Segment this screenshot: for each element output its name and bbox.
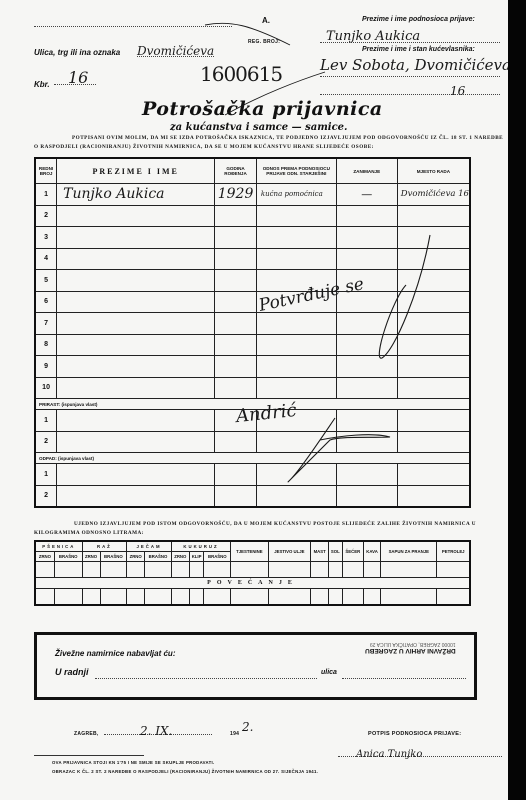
- decrease-row: 2: [35, 485, 470, 507]
- relation-cell[interactable]: [256, 205, 336, 227]
- form-title: Potrošačka prijavnica: [142, 98, 383, 120]
- footer-note-1: Ova prijavnica stoji Kn 1'75 i ne smije …: [52, 760, 215, 765]
- col-header-name: PREZIME I IME: [57, 158, 215, 184]
- supply-cell[interactable]: [329, 562, 342, 578]
- row-number: 3: [35, 227, 57, 249]
- sub-flour: BRAŠNO: [145, 552, 172, 562]
- workplace-cell[interactable]: [397, 248, 470, 270]
- birth-year-cell[interactable]: [215, 248, 257, 270]
- archive-stamp: DRŽAVNI ARHIV U ZAGREBU 10000 ZAGREB, OP…: [365, 641, 456, 654]
- sub-grain: ZRNO: [35, 552, 54, 562]
- birth-year-cell[interactable]: [215, 485, 257, 507]
- person-name-cell[interactable]: [57, 410, 215, 432]
- intro-text: Potpisani ovim molim, da mi se izda potr…: [34, 134, 504, 152]
- person-name-cell[interactable]: [57, 464, 215, 486]
- row-number: 8: [35, 334, 57, 356]
- col-header-relation: ODNOS PREMA PODNOSIOCU PRIJAVE ODN. STAR…: [256, 158, 336, 184]
- birth-year-cell[interactable]: [215, 205, 257, 227]
- occupation-cell[interactable]: [336, 205, 397, 227]
- shop-street-label: ulica: [321, 669, 337, 676]
- row-number: 5: [35, 270, 57, 292]
- street-field[interactable]: Dvomičićeva: [137, 42, 214, 57]
- row-number: 2: [35, 431, 57, 453]
- supply-cell[interactable]: [311, 562, 329, 578]
- group-header-rye: RAŽ: [82, 541, 127, 552]
- table-row: 10: [35, 377, 470, 399]
- supplies-values-row: [35, 562, 470, 578]
- birth-year-cell[interactable]: [215, 227, 257, 249]
- sub-grain: ZRNO: [127, 552, 145, 562]
- supply-cell[interactable]: [342, 562, 364, 578]
- form-letter: A.: [262, 16, 270, 25]
- householder-value-line2: 16: [320, 84, 465, 98]
- birth-year-cell[interactable]: [215, 313, 257, 335]
- decrease-section-header: ODPAD: (ispunjava vlast): [35, 453, 470, 464]
- relation-cell[interactable]: [256, 431, 336, 453]
- occupation-cell[interactable]: [336, 377, 397, 399]
- householder-label: Prezime i ime i stan kućevlasnika:: [362, 46, 475, 53]
- relation-cell[interactable]: [256, 334, 336, 356]
- occupation-cell[interactable]: [336, 464, 397, 486]
- year-prefix: 194: [230, 731, 239, 737]
- col-header-pasta: TJESTENINE: [231, 541, 268, 562]
- relation-cell[interactable]: kućna pomoćnica: [256, 184, 336, 206]
- supply-cell[interactable]: [268, 589, 311, 606]
- workplace-cell[interactable]: [397, 313, 470, 335]
- workplace-cell[interactable]: [397, 410, 470, 432]
- shop-street-field[interactable]: [342, 671, 466, 679]
- supply-cell[interactable]: [127, 589, 145, 606]
- occupation-cell[interactable]: [336, 431, 397, 453]
- applicant-field[interactable]: Tunjko Aukica: [320, 27, 500, 43]
- householder-field[interactable]: Lev Sobota, Dvomičićeva: [320, 56, 500, 77]
- house-number-label: Kbr.: [34, 80, 50, 89]
- occupation-cell[interactable]: [336, 248, 397, 270]
- signature-value: Anica Tunjko: [338, 749, 422, 760]
- signature-field[interactable]: Anica Tunjko: [338, 744, 502, 757]
- row-number: 10: [35, 377, 57, 399]
- workplace-cell[interactable]: Dvomičićeva 16: [397, 184, 470, 206]
- workplace-cell[interactable]: [397, 356, 470, 378]
- supply-cell[interactable]: [82, 562, 100, 578]
- workplace-cell[interactable]: [397, 377, 470, 399]
- supply-cell[interactable]: [204, 562, 231, 578]
- person-name-cell[interactable]: [57, 356, 215, 378]
- supply-cell[interactable]: [268, 562, 311, 578]
- ration-form-page: A. Ulica, trg ili ina oznaka Dvomičićeva…: [0, 0, 508, 800]
- table-row: 8: [35, 334, 470, 356]
- street-label: Ulica, trg ili ina oznaka: [34, 48, 120, 57]
- workplace-cell[interactable]: [397, 270, 470, 292]
- householder-field-line2[interactable]: 16: [320, 82, 500, 95]
- supplies-increase-row: [35, 589, 470, 606]
- col-header-workplace: MJESTO RADA: [397, 158, 470, 184]
- supply-cell[interactable]: [171, 562, 189, 578]
- sub-cob: KLIP: [189, 552, 204, 562]
- col-header-kerosene: PETROLEJ: [437, 541, 470, 562]
- person-name-cell[interactable]: [57, 334, 215, 356]
- date-field[interactable]: 2. IX.: [104, 722, 212, 735]
- supply-cell[interactable]: [381, 589, 437, 606]
- person-name-cell[interactable]: [57, 248, 215, 270]
- supply-cell[interactable]: [342, 589, 364, 606]
- supply-cell[interactable]: [231, 562, 268, 578]
- col-header-soap: SAPUN ZA PRANJE: [381, 541, 437, 562]
- row-number: 1: [35, 464, 57, 486]
- occupation-cell[interactable]: —: [336, 184, 397, 206]
- footer-divider: [34, 755, 144, 756]
- col-header-birth-year: GODINA ROĐENJA: [215, 158, 257, 184]
- top-rule: [34, 26, 232, 27]
- table-row: 1 Tunjko Aukica 1929 kućna pomoćnica — D…: [35, 184, 470, 206]
- supply-cell[interactable]: [82, 589, 100, 606]
- applicant-label: Prezime i ime podnosioca prijave:: [362, 16, 475, 23]
- footer-note-2: Obrazac k čl. 2 st. 2 naredbe o raspodje…: [52, 769, 318, 774]
- sub-flour: BRAŠNO: [54, 552, 82, 562]
- supply-cell[interactable]: [54, 562, 82, 578]
- row-number: 2: [35, 485, 57, 507]
- signature-label: POTPIS PODNOSIOCA PRIJAVE:: [368, 731, 461, 737]
- col-header-coffee: KAVA: [364, 541, 381, 562]
- persons-table: REDNI BROJ PREZIME I IME GODINA ROĐENJA …: [34, 157, 471, 508]
- workplace-cell[interactable]: [397, 227, 470, 249]
- person-name-cell[interactable]: [57, 485, 215, 507]
- house-number-field[interactable]: 16: [54, 68, 96, 85]
- scan-border: [508, 0, 526, 800]
- shop-field[interactable]: [95, 671, 317, 679]
- sub-grain: ZRNO: [171, 552, 189, 562]
- stamp-line-2: 10000 ZAGREB, OPATIČKA ULICA 29: [365, 641, 456, 647]
- supplies-table: PŠENICA RAŽ JEČAM KUKURUZ TJESTENINE JES…: [34, 540, 471, 606]
- row-number: 1: [35, 410, 57, 432]
- supply-cell[interactable]: [364, 562, 381, 578]
- person-name-cell[interactable]: [57, 270, 215, 292]
- person-name-cell[interactable]: [57, 313, 215, 335]
- relation-cell[interactable]: [256, 313, 336, 335]
- birth-year-cell[interactable]: [215, 334, 257, 356]
- col-header-salt: SOL: [329, 541, 342, 562]
- relation-cell[interactable]: [256, 248, 336, 270]
- applicant-value: Tunjko Aukica: [320, 29, 420, 44]
- increase-row: 2: [35, 431, 470, 453]
- reg-number-value[interactable]: 1600615: [200, 62, 282, 86]
- table-row: 3: [35, 227, 470, 249]
- occupation-cell[interactable]: [336, 356, 397, 378]
- occupation-cell[interactable]: [336, 227, 397, 249]
- row-number: 6: [35, 291, 57, 313]
- city-label: ZAGREB,: [74, 731, 99, 737]
- sub-flour: BRAŠNO: [204, 552, 231, 562]
- table-row: 7: [35, 313, 470, 335]
- workplace-cell[interactable]: [397, 431, 470, 453]
- supply-cell[interactable]: [204, 589, 231, 606]
- house-number-value: 16: [54, 68, 88, 87]
- col-header-no: REDNI BROJ: [35, 158, 57, 184]
- birth-year-cell[interactable]: [215, 270, 257, 292]
- workplace-cell[interactable]: [397, 205, 470, 227]
- table-row: 4: [35, 248, 470, 270]
- supply-cell[interactable]: [145, 589, 172, 606]
- birth-year-cell[interactable]: [215, 464, 257, 486]
- supplies-intro: Ujedno izjavljujem pod istom odgovornošć…: [34, 520, 504, 538]
- supply-cell[interactable]: [35, 589, 54, 606]
- group-header-barley: JEČAM: [127, 541, 172, 552]
- supply-cell[interactable]: [437, 589, 470, 606]
- form-subtitle: za kućanstva i samce — samice.: [170, 122, 348, 133]
- supply-cell[interactable]: [329, 589, 342, 606]
- person-name-cell[interactable]: [57, 291, 215, 313]
- supply-cell[interactable]: [231, 589, 268, 606]
- supply-cell[interactable]: [35, 562, 54, 578]
- workplace-cell[interactable]: [397, 334, 470, 356]
- supply-cell[interactable]: [145, 562, 172, 578]
- person-name-cell[interactable]: [57, 377, 215, 399]
- person-name-cell[interactable]: [57, 205, 215, 227]
- table-row: 2: [35, 205, 470, 227]
- sub-flour: BRAŠNO: [100, 552, 127, 562]
- supply-cell[interactable]: [381, 562, 437, 578]
- supply-cell[interactable]: [100, 589, 127, 606]
- decrease-row: 1: [35, 464, 470, 486]
- row-number: 4: [35, 248, 57, 270]
- supply-cell[interactable]: [364, 589, 381, 606]
- col-header-occupation: ZANIMANJE: [336, 158, 397, 184]
- birth-year-cell[interactable]: 1929: [215, 184, 257, 206]
- relation-cell[interactable]: [256, 485, 336, 507]
- supply-cell[interactable]: [127, 562, 145, 578]
- persons-table-header: REDNI BROJ PREZIME I IME GODINA ROĐENJA …: [35, 158, 470, 184]
- supply-cell[interactable]: [437, 562, 470, 578]
- increase-label: POVEĆANJE: [35, 578, 470, 589]
- reg-number-label: REG. BROJ:: [248, 39, 280, 45]
- relation-cell[interactable]: [256, 377, 336, 399]
- col-header-oil: JESTIVO ULJE: [268, 541, 311, 562]
- col-header-lard: MAST: [311, 541, 329, 562]
- supply-shop-label: Živežne namirnice nabavljat ću:: [55, 649, 175, 658]
- table-row: 5: [35, 270, 470, 292]
- occupation-cell[interactable]: [336, 334, 397, 356]
- occupation-cell[interactable]: [336, 485, 397, 507]
- birth-year-cell[interactable]: [215, 377, 257, 399]
- workplace-cell[interactable]: [397, 464, 470, 486]
- birth-year-cell[interactable]: [215, 431, 257, 453]
- supplies-group-header: PŠENICA RAŽ JEČAM KUKURUZ TJESTENINE JES…: [35, 541, 470, 552]
- table-row: 9: [35, 356, 470, 378]
- supplies-increase-header: POVEĆANJE: [35, 578, 470, 589]
- decrease-section-label: ODPAD: (ispunjava vlast): [35, 453, 470, 464]
- row-number: 2: [35, 205, 57, 227]
- relation-cell[interactable]: [256, 356, 336, 378]
- person-name-cell[interactable]: [57, 227, 215, 249]
- shop-box: Živežne namirnice nabavljat ću: U radnji…: [34, 632, 477, 700]
- relation-cell[interactable]: [256, 464, 336, 486]
- occupation-cell[interactable]: [336, 410, 397, 432]
- householder-value-line1: Lev Sobota, Dvomičićeva: [320, 56, 508, 74]
- person-name-cell[interactable]: Tunjko Aukica: [57, 184, 215, 206]
- shop-label: U radnji: [55, 667, 89, 677]
- relation-cell[interactable]: [256, 227, 336, 249]
- supply-cell[interactable]: [171, 589, 189, 606]
- supply-cell[interactable]: [189, 562, 204, 578]
- workplace-cell[interactable]: [397, 485, 470, 507]
- group-header-corn: KUKURUZ: [171, 541, 230, 552]
- supply-cell[interactable]: [189, 589, 204, 606]
- sub-grain: ZRNO: [82, 552, 100, 562]
- birth-year-cell[interactable]: [215, 291, 257, 313]
- workplace-cell[interactable]: [397, 291, 470, 313]
- birth-year-cell[interactable]: [215, 356, 257, 378]
- supply-cell[interactable]: [311, 589, 329, 606]
- row-number: 1: [35, 184, 57, 206]
- row-number: 7: [35, 313, 57, 335]
- person-name-cell[interactable]: [57, 431, 215, 453]
- table-row: 6: [35, 291, 470, 313]
- year-suffix[interactable]: 2.: [242, 720, 253, 734]
- street-value: Dvomičićeva: [137, 44, 214, 58]
- supply-cell[interactable]: [100, 562, 127, 578]
- occupation-cell[interactable]: [336, 313, 397, 335]
- col-header-sugar: ŠEĆER: [342, 541, 364, 562]
- group-header-wheat: PŠENICA: [35, 541, 82, 552]
- date-value: 2. IX.: [104, 724, 172, 738]
- supply-cell[interactable]: [54, 589, 82, 606]
- row-number: 9: [35, 356, 57, 378]
- stamp-line-1: DRŽAVNI ARHIV U ZAGREBU: [365, 647, 456, 654]
